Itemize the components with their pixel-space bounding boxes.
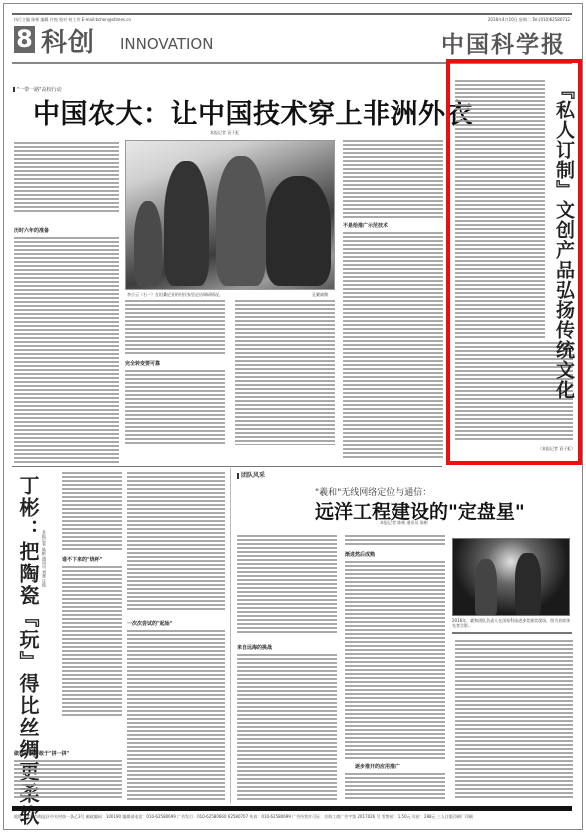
lead-subhead-3: 不是给推广示范技术: [343, 222, 388, 229]
photo-figure: [216, 156, 266, 286]
lead-subhead-2: 完全转变要可靠: [125, 360, 160, 367]
lead-body-col-1a: [14, 142, 119, 212]
lead-subhead-1: 历时六年的准备: [14, 227, 49, 234]
feature-body-col-2b: [127, 630, 225, 800]
team-body-col-2a: [345, 535, 445, 545]
section-title-en: INNOVATION: [120, 35, 213, 53]
feature-subhead-2: 一次次尝试的"起始": [127, 620, 172, 627]
lead-body-col-4b: [343, 232, 443, 460]
page-number: 8: [14, 26, 35, 53]
feature-body-col-1b: [62, 566, 122, 716]
photo-figure: [475, 559, 497, 615]
feature-subhead-1: 谁不下来的"烧杯": [62, 556, 102, 563]
team-body-col-2c: [345, 773, 445, 800]
footer-info: 地址：北京市海淀区中关村南一条乙3号 邮政编码：100190 编辑部电话：010…: [14, 814, 473, 820]
lead-byline: 本报记者 袁于虹: [210, 130, 239, 136]
section-divider: [12, 466, 442, 467]
photo-figure: [266, 176, 331, 286]
lead-photo-caption: 李小云（右一）在坦桑尼亚的村民家里走访调研情况。: [127, 292, 223, 298]
lead-body-col-2b: [125, 370, 225, 445]
header-top-rule: [12, 13, 572, 15]
lead-photo: [125, 140, 335, 290]
team-body-col-3: [455, 640, 573, 800]
feature-body-col-1a: [62, 472, 122, 552]
section-title-cn: 科创: [41, 22, 95, 59]
sidebar-body: [455, 80, 545, 340]
team-photo: [452, 538, 570, 616]
team-photo-caption: 2016年，羲和团队负责人在国家科技进步奖颁奖现场。图为首席领先者合影。: [452, 618, 572, 628]
photo-figure: [515, 553, 541, 615]
column-divider: [230, 468, 231, 803]
photo-rule: [452, 632, 572, 634]
photo-figure: [134, 201, 162, 286]
feature-byline: 本报记者 陈彬 通讯员 刘赟 汪俊: [41, 530, 47, 587]
lead-body-col-1b: [14, 237, 119, 465]
team-section-tag: 团队风采: [237, 470, 265, 479]
date-info: 2018年4月10日 星期二 Tel:(010)62580712: [488, 17, 570, 23]
feature-subhead-3: 做科研就要敢于"拼一拼": [14, 750, 69, 757]
lead-body-col-3: [235, 300, 335, 445]
team-subhead-1: 渐进然后成熟: [345, 551, 375, 558]
newspaper-masthead: 中国科学报: [441, 26, 566, 59]
team-byline: 本报记者 陈彬 通讯员 陈彬: [380, 520, 428, 526]
team-body-col-2b: [345, 561, 445, 761]
lead-headline[interactable]: 中国农大：让中国技术穿上非洲外衣: [33, 92, 473, 131]
sidebar-credit: （本报记者 袁于虹）: [538, 446, 575, 452]
lead-photo-credit: 孔繁斌摄: [312, 292, 328, 298]
lead-body-col-4a: [343, 140, 443, 220]
feature-body-col-2a: [127, 472, 225, 612]
lead-body-col-2a: [125, 300, 225, 355]
team-subhead-2: 来自远海的挑战: [237, 644, 272, 651]
team-body-col-1b: [237, 654, 337, 800]
team-body-col-1a: [237, 535, 337, 635]
footer-bar: [12, 806, 572, 811]
sidebar-headline[interactable]: 『私人订制』文创产品弘扬传统文化: [551, 80, 575, 400]
photo-figure: [164, 161, 209, 286]
team-subhead-3: 逐步推开的应用推广: [355, 763, 400, 770]
feature-body-col-1c: [14, 760, 122, 800]
